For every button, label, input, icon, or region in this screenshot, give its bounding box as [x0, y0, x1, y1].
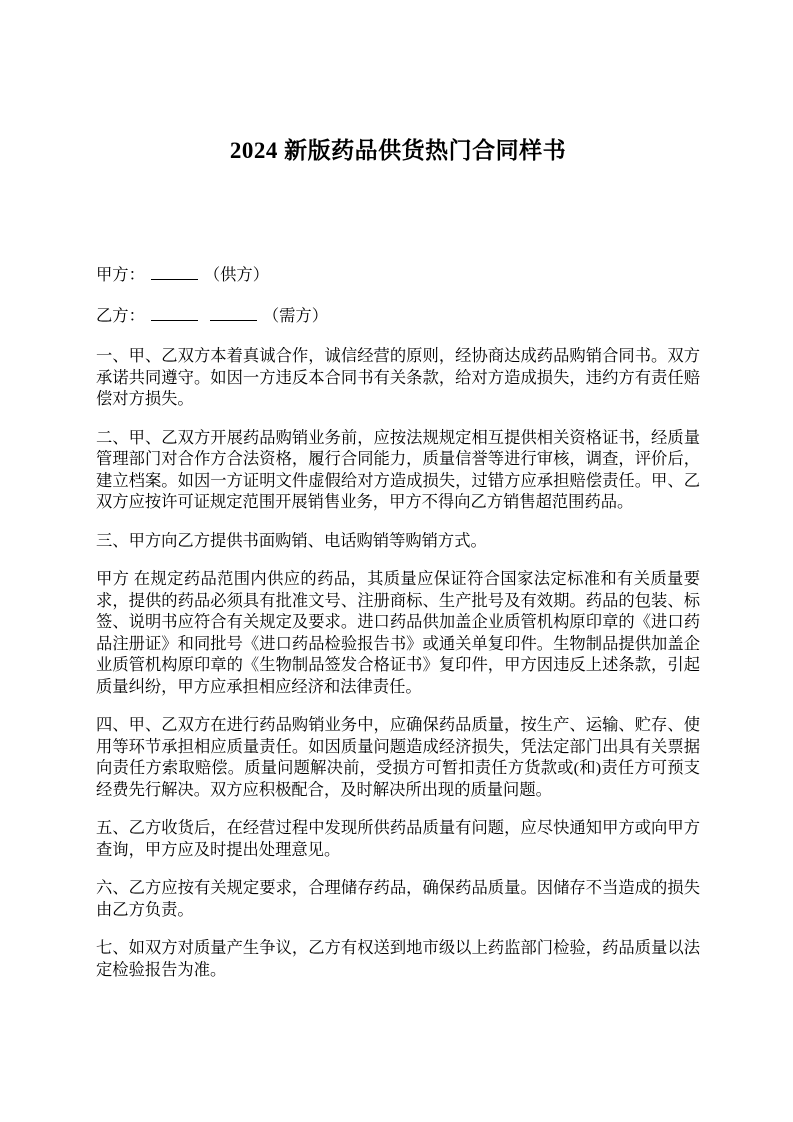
- party-b-blank-line-2: [210, 305, 257, 321]
- clause-1: 一、甲、乙双方本着真诚合作，诚信经营的原则，经协商达成药品购销合同书。双方承诺共…: [96, 345, 700, 410]
- document-title: 2024 新版药品供货热门合同样书: [96, 137, 700, 165]
- party-b-role: （需方）: [263, 306, 328, 325]
- clause-4-party-a-quality: 甲方 在规定药品范围内供应的药品，其质量应保证符合国家法定标准和有关质量要求，提…: [96, 568, 700, 697]
- clause-5: 四、甲、乙双方在进行药品购销业务中，应确保药品质量，按生产、运输、贮存、使用等环…: [96, 714, 700, 800]
- clause-2: 二、甲、乙双方开展药品购销业务前，应按法规规定相互提供相关资格证书，经质量管理部…: [96, 427, 700, 513]
- party-b-blank-line-1: [151, 305, 198, 321]
- party-a-label: 甲方：: [96, 265, 145, 284]
- clauses-section: 一、甲、乙双方本着真诚合作，诚信经营的原则，经协商达成药品购销合同书。双方承诺共…: [96, 345, 700, 980]
- party-a-blank-line: [151, 264, 198, 280]
- contract-document-page: 2024 新版药品供货热门合同样书 甲方：（供方） 乙方：（需方） 一、甲、乙双…: [0, 0, 793, 1122]
- party-b-label: 乙方：: [96, 306, 145, 325]
- party-a-role: （供方）: [204, 265, 269, 284]
- clause-7: 六、乙方应按有关规定要求，合理储存药品，确保药品质量。因储存不当造成的损失由乙方…: [96, 877, 700, 920]
- clause-6: 五、乙方收货后，在经营过程中发现所供药品质量有问题，应尽快通知甲方或向甲方查询，…: [96, 817, 700, 860]
- party-b-line: 乙方：（需方）: [96, 305, 700, 327]
- clause-3: 三、甲方向乙方提供书面购销、电话购销等购销方式。: [96, 530, 700, 552]
- party-a-line: 甲方：（供方）: [96, 264, 700, 286]
- clause-8: 七、如双方对质量产生争议，乙方有权送到地市级以上药监部门检验，药品质量以法定检验…: [96, 937, 700, 980]
